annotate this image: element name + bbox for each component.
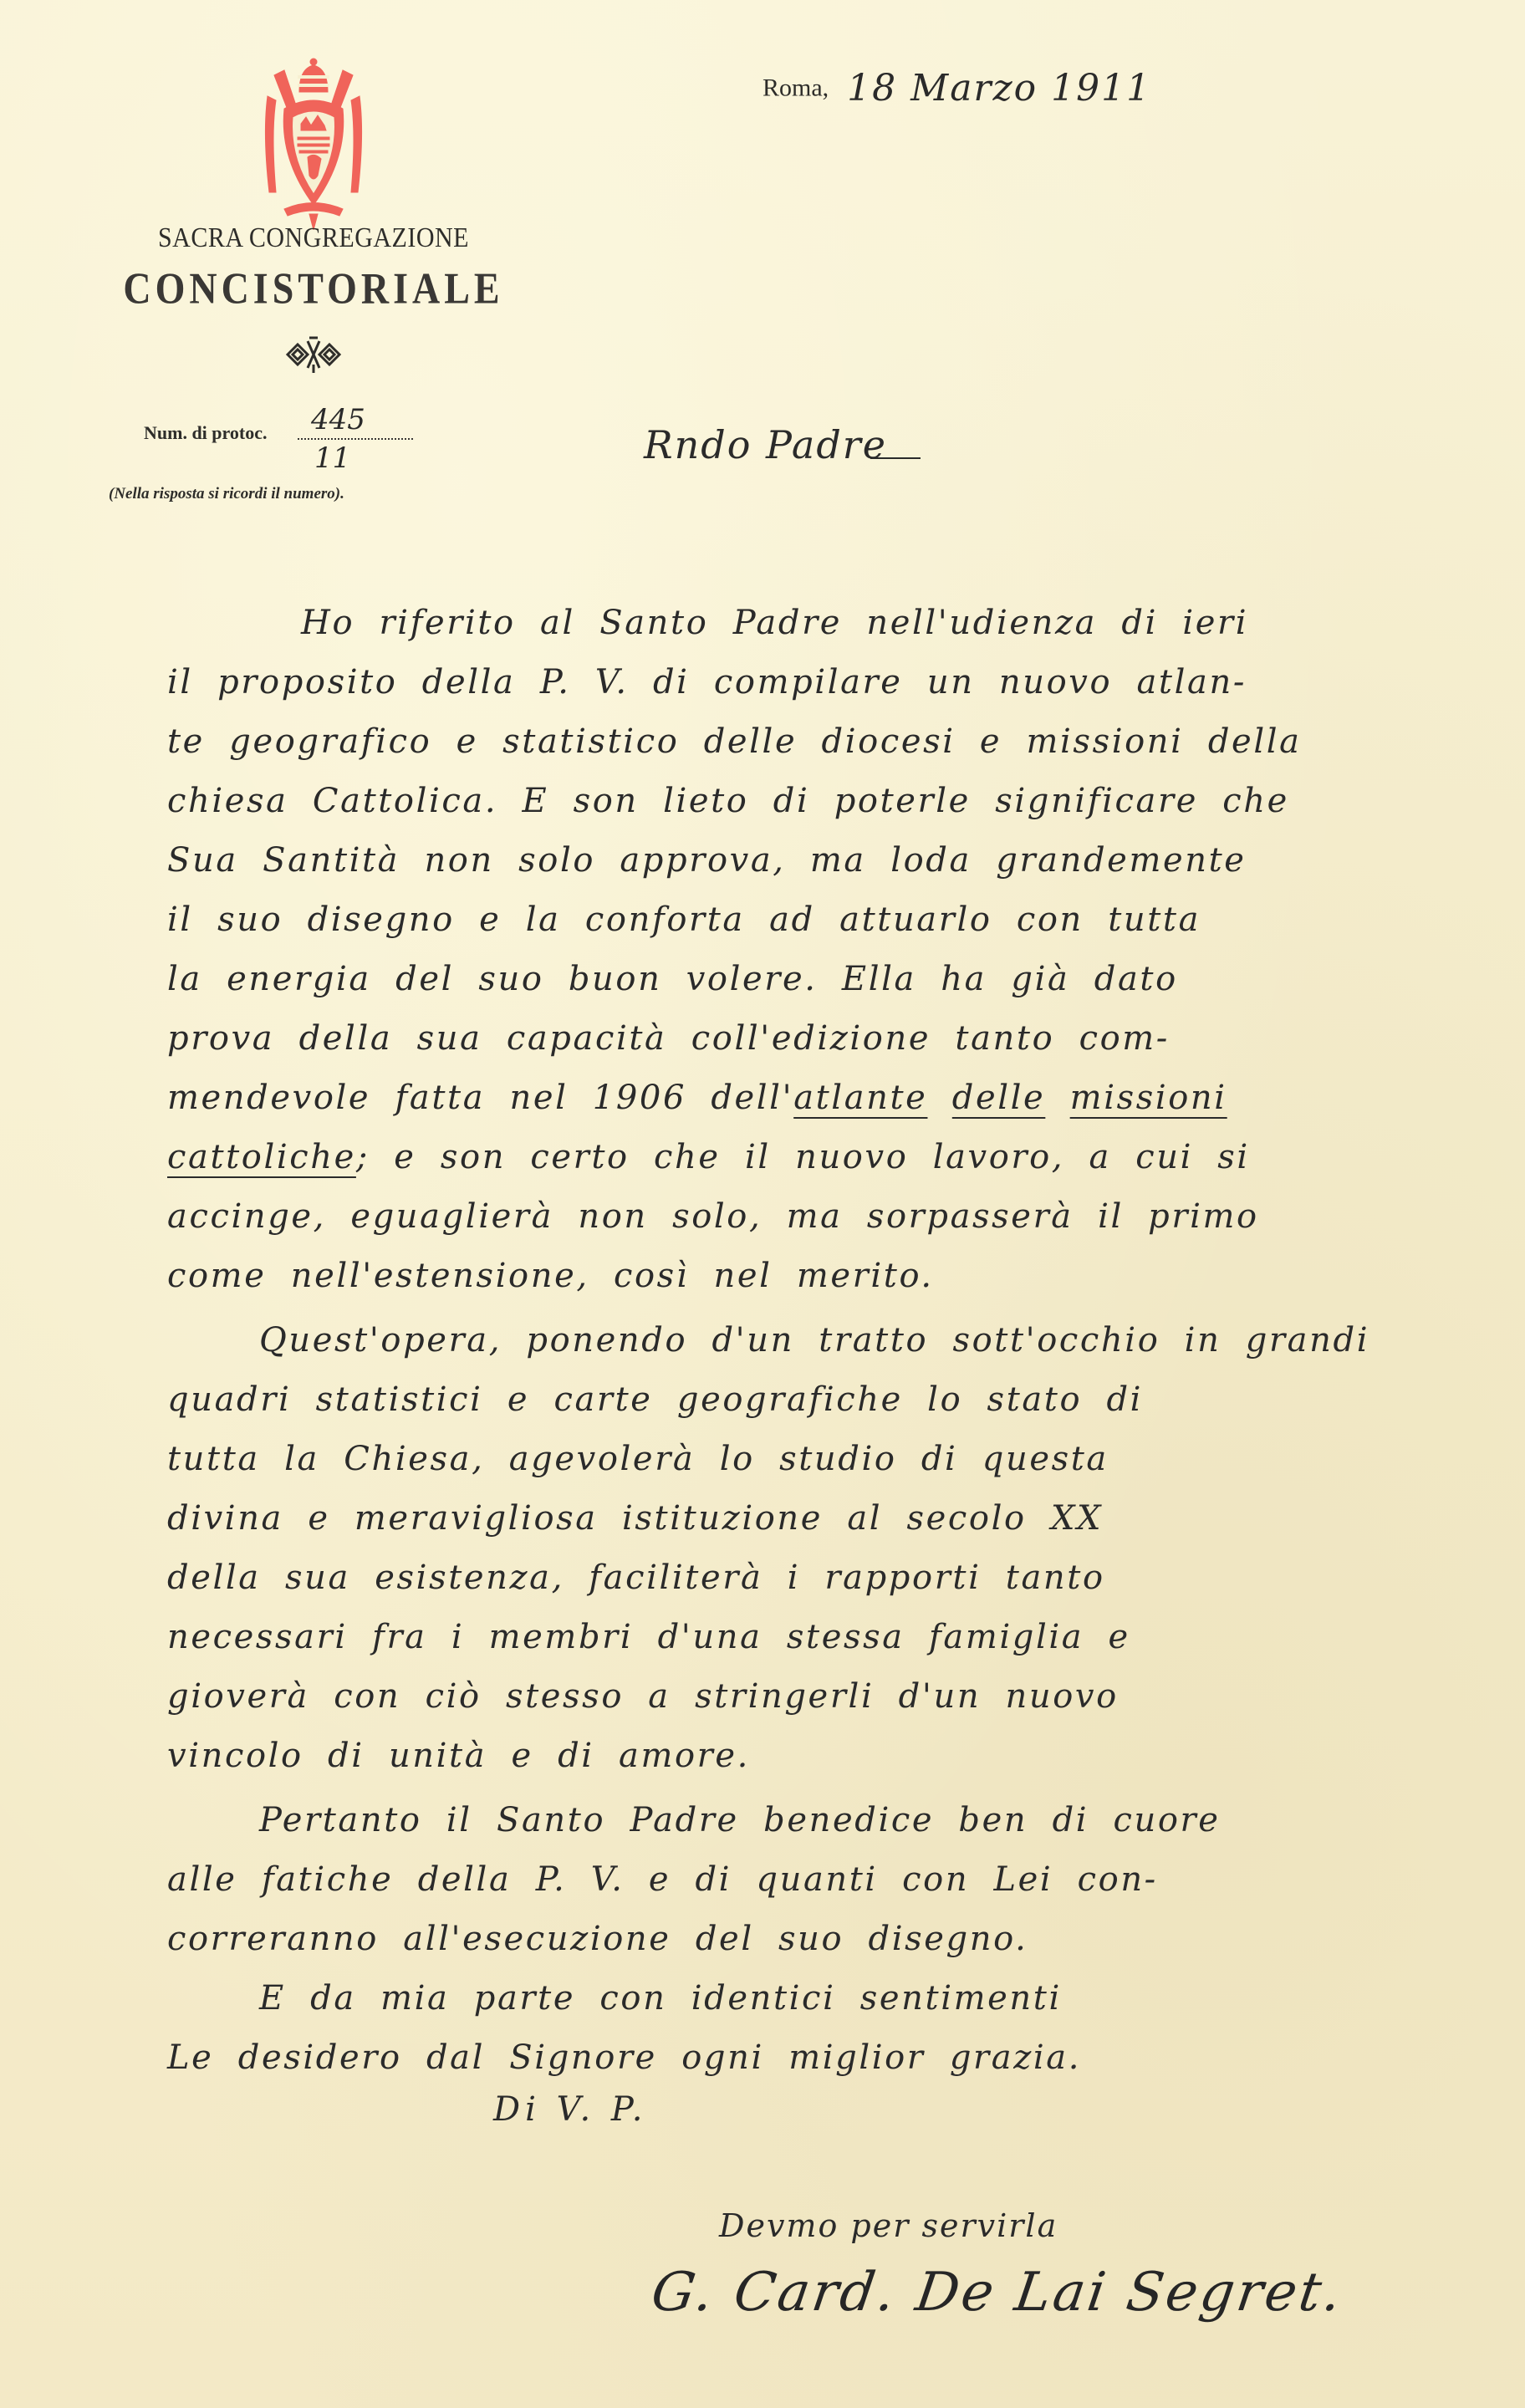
body-line: Le desidero dal Signore ogni miglior gra… [167,2028,1388,2088]
date-place: Roma, [762,74,829,102]
body-line: te geografico e statistico delle diocesi… [167,712,1388,772]
body-line: il suo disegno e la conforta ad attuarlo… [167,890,1388,950]
body-line: E da mia parte con identici sentimenti [167,1969,1388,2028]
body-line: la energia del suo buon volere. Ella ha … [167,950,1388,1009]
letter-body: Ho riferito al Santo Padre nell'udienza … [167,594,1388,2088]
body-line: correranno all'esecuzione del suo disegn… [167,1910,1388,1969]
protocol-number-value: 445 [311,403,365,436]
body-line: Sua Santità non solo approva, ma loda gr… [167,831,1388,890]
closing-address: Di V. P. [493,2090,647,2129]
papal-crest-icon [259,50,368,230]
body-line: mendevole fatta nel 1906 dell'atlante de… [167,1069,1388,1128]
protocol-note: (Nella risposta si ricordi il numero). [109,485,344,503]
body-line: Quest'opera, ponendo d'un tratto sott'oc… [167,1311,1388,1370]
salutation: Rndo Padre [644,422,887,467]
body-line: divina e meravigliosa istituzione al sec… [167,1489,1388,1548]
body-line: vincolo di unità e di amore. [167,1727,1388,1786]
letter-date: Roma, 18 Marzo 1911 [762,67,1151,110]
body-line: Pertanto il Santo Padre benedice ben di … [167,1791,1388,1850]
body-line: prova della sua capacità coll'edizione t… [167,1009,1388,1069]
congregation-name-line1: SACRA CONGREGAZIONE [125,222,502,254]
ornament-icon [284,334,343,375]
body-text: mendevole fatta nel 1906 dell' [167,1079,793,1117]
body-line: quadri statistici e carte geografiche lo… [167,1370,1388,1430]
body-line: alle fatiche della P. V. e di quanti con… [167,1850,1388,1910]
body-line: chiesa Cattolica. E son lieto di poterle… [167,772,1388,831]
body-line: accinge, eguaglierà non solo, ma sorpass… [167,1187,1388,1247]
body-line: tutta la Chiesa, agevolerà lo studio di … [167,1430,1388,1489]
protocol-dotted-rule [298,438,413,440]
underlined-word: atlante [793,1079,927,1117]
body-line: il proposito della P. V. di compilare un… [167,653,1388,712]
underlined-word: missioni [1070,1079,1227,1117]
closing-servant: Devmo per servirla [719,2207,1058,2244]
body-line: della sua esistenza, faciliterà i rappor… [167,1548,1388,1608]
congregation-name-line2: CONCISTORIALE [100,263,527,314]
body-line: come nell'estensione, così nel merito. [167,1247,1388,1306]
body-line: necessari fra i membri d'una stessa fami… [167,1608,1388,1667]
underlined-word: cattoliche [167,1138,356,1176]
underlined-word: delle [952,1079,1046,1117]
body-line: Ho riferito al Santo Padre nell'udienza … [167,594,1388,653]
protocol-label: Num. di protoc. [144,422,268,444]
body-line: cattoliche; e son certo che il nuovo lav… [167,1128,1388,1187]
body-text: ; e son certo che il nuovo lavoro, a cui… [356,1138,1250,1176]
protocol-number: 445 11 [298,410,415,477]
body-line: gioverà con ciò stesso a stringerli d'un… [167,1667,1388,1727]
protocol-year-value: 11 [314,441,350,475]
letter-page: SACRA CONGREGAZIONE CONCISTORIALE Roma, … [0,0,1525,2408]
signature: G. Card. De Lai Segret. [648,2262,1348,2324]
date-handwritten: 18 Marzo 1911 [847,67,1151,110]
